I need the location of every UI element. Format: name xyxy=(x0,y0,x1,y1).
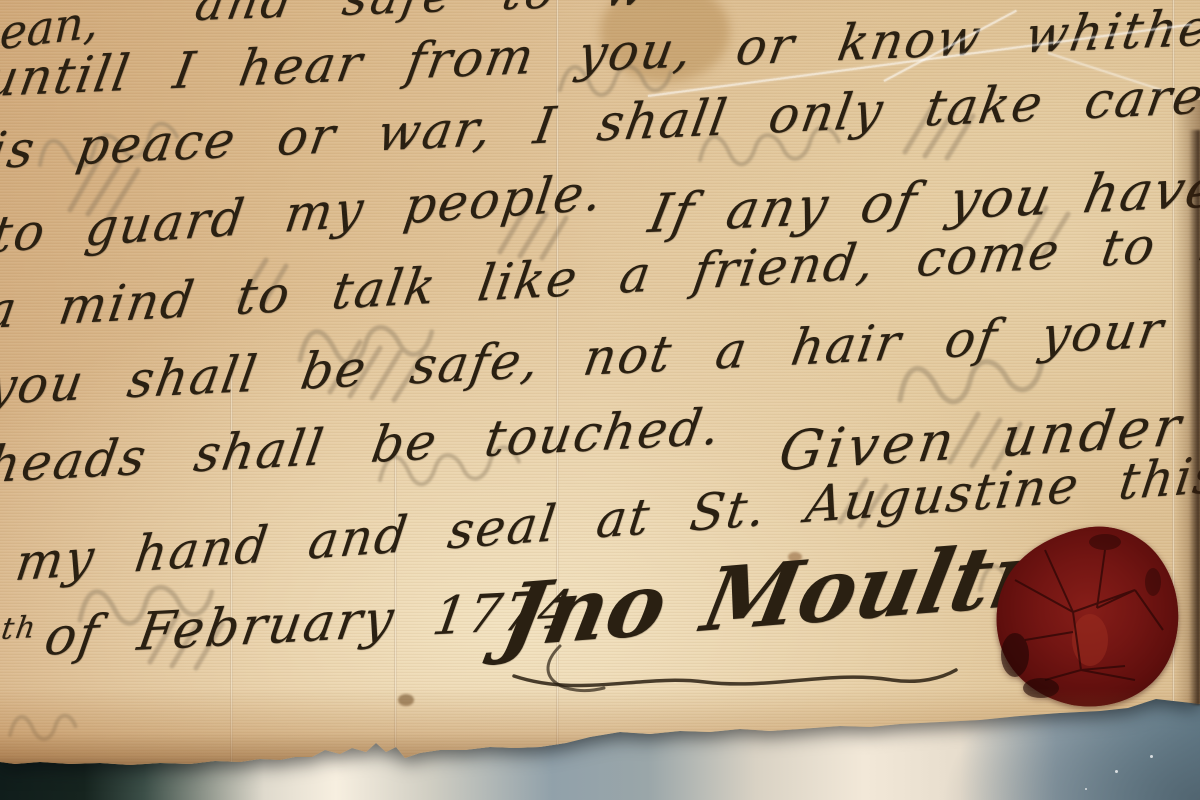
letter-paper: ean, and safe to w untill I hear from yo… xyxy=(0,0,1200,800)
wax-dark-blotch xyxy=(1145,568,1161,596)
letter-paper-wrap: ean, and safe to w untill I hear from yo… xyxy=(0,0,1200,800)
wax-seal xyxy=(985,520,1185,710)
wax-dark-blotch xyxy=(1089,534,1121,550)
photo-of-letter: ean, and safe to w untill I hear from yo… xyxy=(0,0,1200,800)
date-superscript: th xyxy=(0,610,40,647)
photo-right-dark-strip xyxy=(1189,130,1200,705)
paper-bottom-edge-browning xyxy=(0,688,1200,768)
wax-dark-blotch xyxy=(1001,633,1029,677)
